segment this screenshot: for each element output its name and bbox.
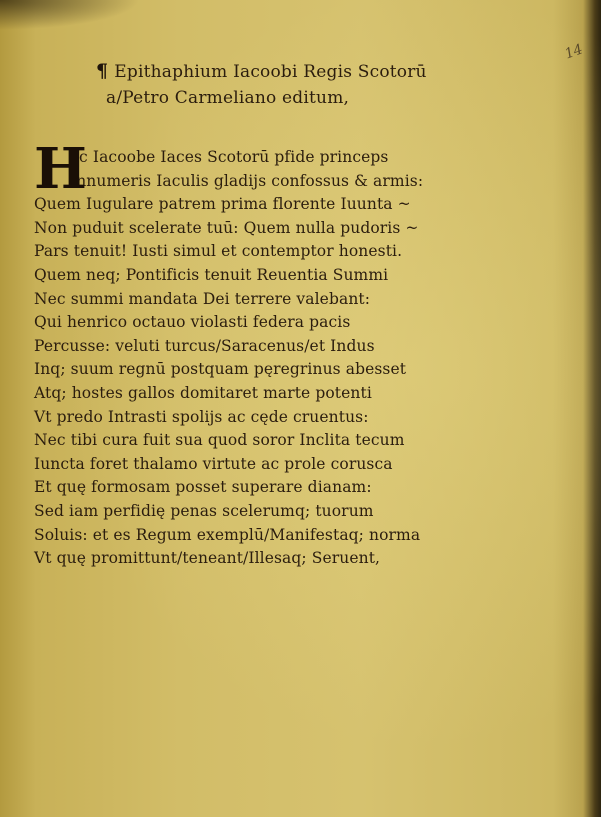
drop-cap-initial: H [34, 144, 87, 194]
verse-line: Non puduit scelerate tuū: Quem nulla pud… [34, 217, 504, 241]
verse-line: Nec tibi cura fuit sua quod soror Inclit… [34, 429, 504, 453]
verse-line: Vt quę promittunt/teneant/Illesaq; Serue… [34, 547, 504, 571]
verse-line: Vt predo Intrasti spolijs ac cęde cruent… [34, 406, 504, 430]
epitaph-heading: ¶Epithaphium Iacoobi Regis Scotorū a/Pet… [96, 58, 427, 111]
heading-text-1: Epithaphium Iacoobi Regis Scotorū [114, 62, 426, 82]
poem-body: H ic Iacoobe Iaces Scotorū pfide princep… [34, 146, 504, 571]
verse-line: ic Iacoobe Iaces Scotorū pfide princeps [34, 146, 504, 170]
verse-line: Inq; suum regnū postquam pęregrinus abes… [34, 358, 504, 382]
pilcrow-icon: ¶ [96, 58, 108, 84]
verse-line: Nec summi mandata Dei terrere valebant: [34, 288, 504, 312]
verse-line: Sed iam perfidię penas scelerumq; tuorum [34, 500, 504, 524]
verse-line: Iuncta foret thalamo virtute ac prole co… [34, 453, 504, 477]
folio-number: 14 [563, 41, 585, 62]
verse-line: Quem neq; Pontificis tenuit Reuentia Sum… [34, 264, 504, 288]
verse-line: Quem Iugulare patrem prima florente Iuun… [34, 193, 504, 217]
verse-line: Percusse: veluti turcus/Saracenus/et Ind… [34, 335, 504, 359]
verse-line: Pars tenuit! Iusti simul et contemptor h… [34, 240, 504, 264]
verse-line: Innumeris Iaculis gladijs confossus & ar… [34, 170, 504, 194]
heading-line-1: ¶Epithaphium Iacoobi Regis Scotorū [96, 58, 427, 85]
verse-line: Et quę formosam posset superare dianam: [34, 476, 504, 500]
manuscript-page: 14 ¶Epithaphium Iacoobi Regis Scotorū a/… [0, 0, 601, 817]
heading-line-2: a/Petro Carmeliano editum, [96, 85, 427, 111]
verse-line: Atq; hostes gallos domitaret marte poten… [34, 382, 504, 406]
verse-line: Soluis: et es Regum exemplū/Manifestaq; … [34, 524, 504, 548]
verse-line: Qui henrico octauo violasti federa pacis [34, 311, 504, 335]
